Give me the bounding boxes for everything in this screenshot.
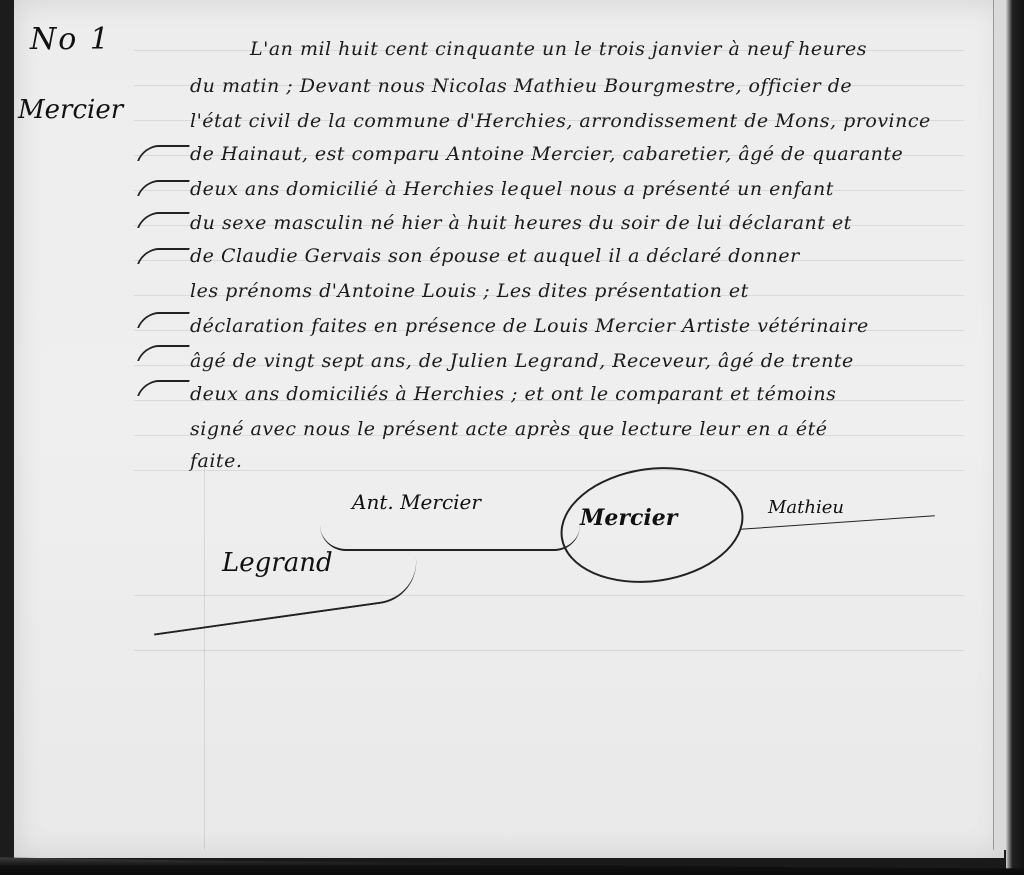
record-line-3: l'état civil de la commune d'Herchies, a… [190, 110, 931, 132]
record-line-8: les prénoms d'Antoine Louis ; Les dites … [190, 280, 749, 302]
record-line-5: deux ans domicilié à Herchies lequel nou… [190, 178, 834, 200]
signature-witness-legrand: Legrand [222, 548, 333, 578]
record-line-13: faite. [190, 450, 242, 472]
record-line-6: du sexe masculin né hier à huit heures d… [190, 212, 852, 234]
entry-number: No 1 [30, 22, 111, 57]
signature-flourish [320, 525, 580, 551]
record-line-11: deux ans domiciliés à Herchies ; et ont … [190, 383, 836, 405]
signature-mayor: Mathieu [768, 497, 844, 518]
ruled-line [134, 650, 964, 651]
record-line-4: de Hainaut, est comparu Antoine Mercier,… [190, 143, 903, 165]
ruled-line [134, 470, 964, 471]
record-line-9: déclaration faites en présence de Louis … [190, 315, 869, 337]
margin-surname: Mercier [18, 95, 123, 125]
record-line-1: L'an mil huit cent cinquante un le trois… [250, 38, 867, 60]
signature-father: Ant. Mercier [352, 490, 481, 514]
left-binding [0, 0, 14, 875]
margin-line [204, 460, 205, 850]
record-line-7: de Claudie Gervais son épouse et auquel … [190, 245, 800, 267]
next-page-edge [993, 0, 1006, 850]
record-line-10: âgé de vingt sept ans, de Julien Legrand… [190, 350, 854, 372]
signature-witness-mercier: Mercier [580, 505, 677, 531]
record-line-2: du matin ; Devant nous Nicolas Mathieu B… [190, 75, 852, 97]
right-binding [1006, 0, 1024, 875]
record-line-12: signé avec nous le présent acte après qu… [190, 418, 828, 440]
